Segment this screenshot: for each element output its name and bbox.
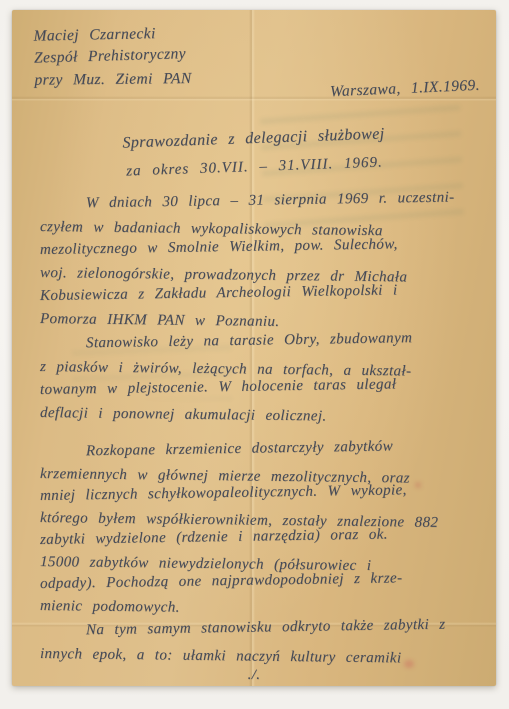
- dateline: Warszawa, 1.IX.1969.: [330, 77, 481, 102]
- document-title: Sprawozdanie z delegacji służbowej za ok…: [11, 117, 497, 190]
- sender-unit: Zespół Prehistoryczny: [34, 43, 192, 70]
- sender-block: Maciej Czarnecki Zespół Prehistoryczny p…: [33, 22, 191, 91]
- handwritten-line: W dniach 30 lipca – 31 sierpnia 1969 r. …: [40, 186, 468, 216]
- paragraph-4: Na tym samym stanowisku odkryto także za…: [40, 620, 468, 666]
- sender-institution: przy Muz. Ziemi PAN: [34, 68, 191, 92]
- handwritten-line: Rozkopane krzemienice dostarczyły zabytk…: [40, 434, 468, 463]
- scan-background: Maciej Czarnecki Zespół Prehistoryczny p…: [0, 0, 509, 709]
- handwritten-line: deflacji i ponownej akumulacji eolicznej…: [40, 402, 468, 430]
- continuation-mark: ./.: [12, 667, 496, 684]
- paragraph-1: W dniach 30 lipca – 31 sierpnia 1969 r. …: [40, 193, 468, 331]
- paragraph-3: Rozkopane krzemienice dostarczyły zabytk…: [40, 441, 468, 617]
- paragraph-2: Stanowisko leży na tarasie Obry, zbudowa…: [40, 333, 468, 425]
- letter-page: Maciej Czarnecki Zespół Prehistoryczny p…: [12, 10, 496, 686]
